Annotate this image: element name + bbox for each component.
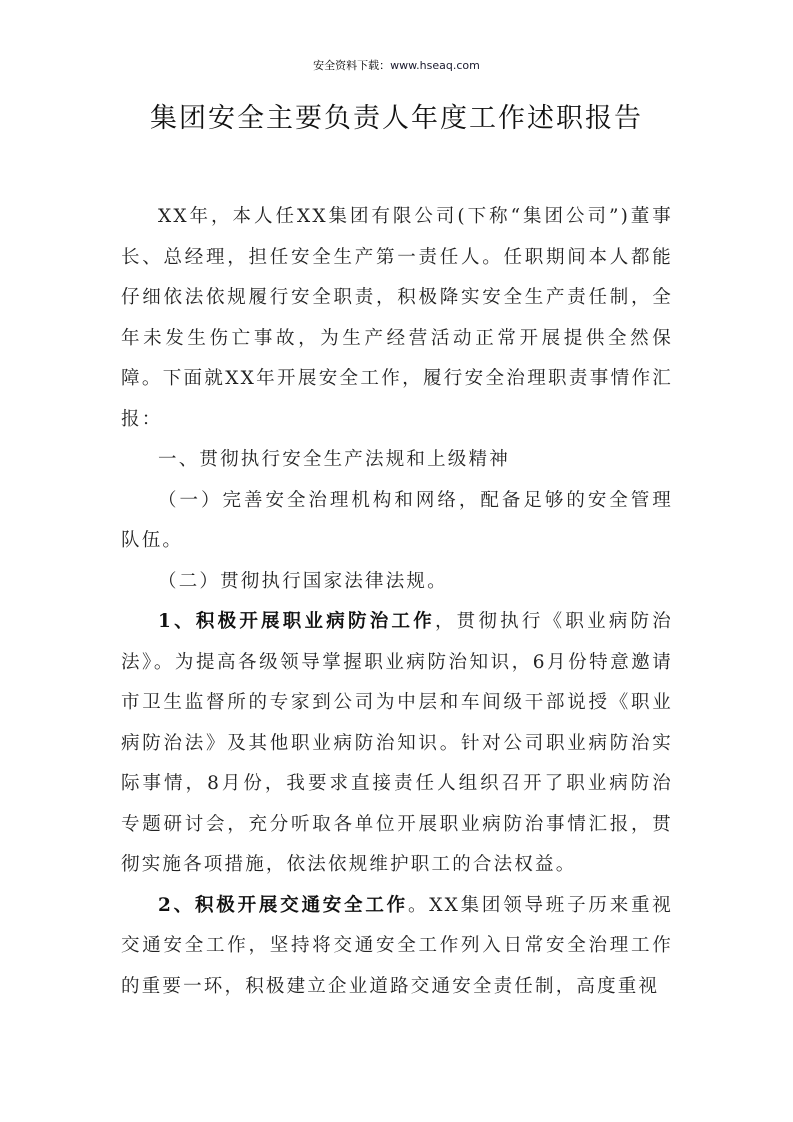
document-body: XX年，本人任XX集团有限公司(下称“集团公司”)董事长、总经理，担任安全生产第… <box>121 197 673 1007</box>
item-traffic-safety: 2、积极开展交通安全工作。XX集团领导班子历来重视交通安全工作，坚持将交通安全工… <box>121 886 673 1008</box>
subsection-2: （二）贯彻执行国家法律法规。 <box>121 562 673 603</box>
intro-paragraph: XX年，本人任XX集团有限公司(下称“集团公司”)董事长、总经理，担任安全生产第… <box>121 197 673 440</box>
paragraph-text: XX年，本人任XX集团有限公司(下称“集团公司”)董事长、总经理，担任安全生产第… <box>121 206 673 430</box>
section-heading-1: 一、贯彻执行安全生产法规和上级精神 <box>121 440 673 481</box>
document-title: 集团安全主要负责人年度工作述职报告 <box>0 99 793 139</box>
item-heading: 2、积极开展交通安全工作 <box>158 895 408 916</box>
page-header: 安全资料下载：www.hseaq.com <box>0 58 793 74</box>
item-occupational-disease: 1、积极开展职业病防治工作，贯彻执行《职业病防治法》。为提高各级领导掌握职业病防… <box>121 602 673 886</box>
paragraph-text: （二）贯彻执行国家法律法规。 <box>158 571 448 592</box>
subsection-1: （一）完善安全治理机构和网络，配备足够的安全管理队伍。 <box>121 481 673 562</box>
paragraph-text: ，贯彻执行《职业病防治法》。为提高各级领导掌握职业病防治知识，6月份特意邀请市卫… <box>121 611 673 875</box>
paragraph-text: （一）完善安全治理机构和网络，配备足够的安全管理队伍。 <box>121 490 673 552</box>
item-heading: 1、积极开展职业病防治工作 <box>158 611 435 632</box>
header-url-link[interactable]: www.hseaq.com <box>390 59 480 72</box>
header-label: 安全资料下载： <box>313 59 390 72</box>
paragraph-text: 一、贯彻执行安全生产法规和上级精神 <box>158 449 510 470</box>
